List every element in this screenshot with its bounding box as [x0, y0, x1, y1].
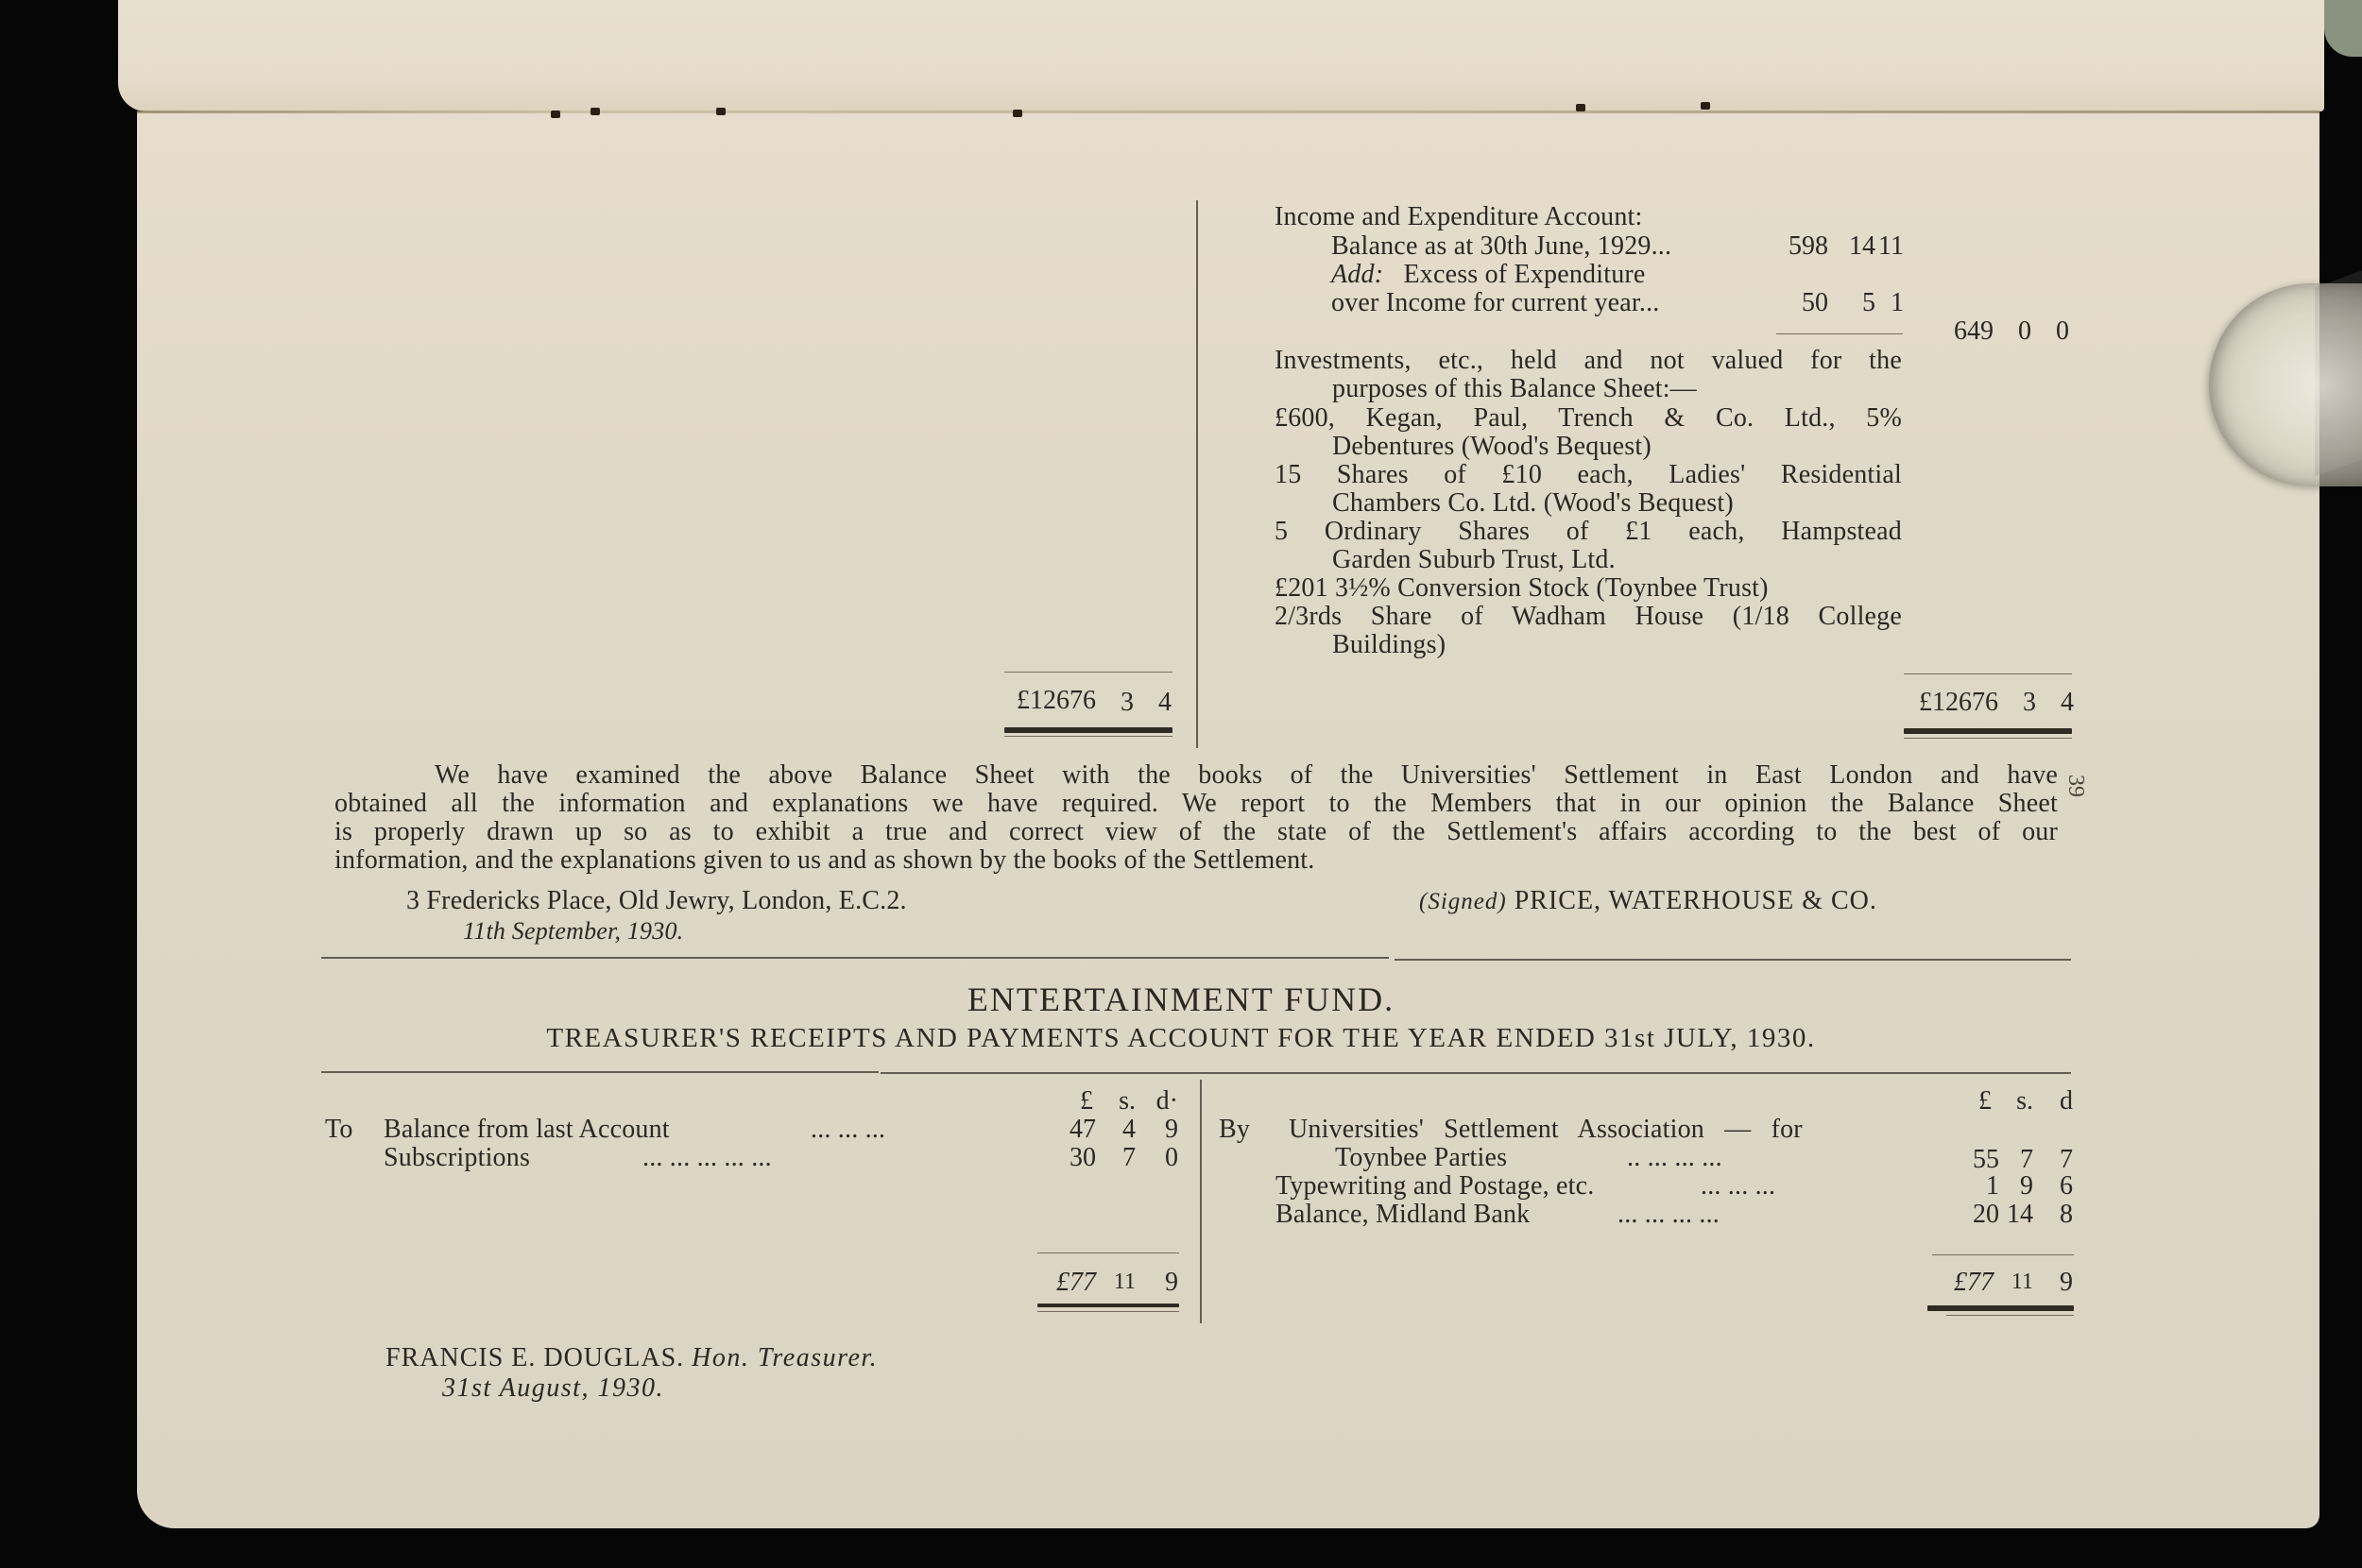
- dot-leaders: ... ... ... ...: [1617, 1200, 1720, 1229]
- shillings-header: s.: [2003, 1086, 2033, 1116]
- investment-item-cont: Garden Suburb Trust, Ltd.: [1332, 545, 1616, 574]
- treasurer-date: 31st August, 1930.: [442, 1373, 664, 1403]
- receipts-prefix: To: [325, 1115, 353, 1144]
- cover-corner: [2324, 0, 2362, 57]
- investment-item-cont: Chambers Co. Ltd. (Wood's Bequest): [1332, 488, 1734, 518]
- payment-pence: 7: [2043, 1145, 2073, 1174]
- payment-label: Balance, Midland Bank: [1275, 1200, 1530, 1229]
- receipts-total-pence: 9: [1148, 1268, 1178, 1297]
- excess-shillings: 5: [1828, 288, 1875, 317]
- receipt-label: Balance from last Account: [384, 1115, 670, 1144]
- shillings-header: s.: [1105, 1086, 1136, 1116]
- payment-pounds: 20: [1943, 1200, 1999, 1229]
- page-fold: [137, 111, 2319, 113]
- right-total-double-rule: [1904, 728, 2072, 734]
- treasurer-title: Hon. Treasurer.: [692, 1343, 878, 1372]
- binding-hole: [551, 111, 560, 118]
- subtotal-pounds: 649: [1927, 316, 1994, 346]
- receipt-label: Subscriptions: [384, 1143, 530, 1172]
- payment-shillings: 14: [2003, 1200, 2033, 1229]
- binding-hole: [716, 108, 726, 115]
- payments-total-shillings: 11: [2003, 1268, 2033, 1297]
- audit-date: 11th September, 1930.: [463, 916, 683, 946]
- balance-pence: 11: [1875, 231, 1904, 261]
- receipt-pence: 0: [1148, 1143, 1178, 1172]
- audit-line: information, and the explanations given …: [334, 846, 1314, 875]
- income-heading: Income and Expenditure Account:: [1275, 202, 1643, 231]
- dot-leaders: ... ... ...: [1701, 1171, 1775, 1201]
- right-total-rule-top: [1904, 673, 2072, 674]
- subtotal-rule: [1776, 333, 1903, 334]
- receipts-total-pounds: £77: [1030, 1268, 1096, 1297]
- pence-header: d·: [1148, 1086, 1178, 1116]
- receipt-shillings: 4: [1105, 1115, 1136, 1144]
- investment-item: 5 Ordinary Shares of £1 each, Hampstead: [1275, 517, 1902, 546]
- left-total-double-rule: [1004, 727, 1172, 733]
- payment-shillings: 7: [2003, 1145, 2033, 1174]
- payment-label-cont: Toynbee Parties: [1335, 1143, 1507, 1172]
- table-top-rule: [321, 1071, 879, 1073]
- auditor-address: 3 Fredericks Place, Old Jewry, London, E…: [406, 886, 907, 915]
- investments-heading-cont: purposes of this Balance Sheet:—: [1332, 374, 1697, 403]
- investment-item: 2/3rds Share of Wadham House (1/18 Colle…: [1275, 602, 1902, 631]
- investment-item-cont: Debentures (Wood's Bequest): [1332, 432, 1652, 461]
- signatory-name: PRICE, WATERHOUSE & CO.: [1515, 886, 1877, 915]
- previous-page-flap: [118, 0, 2324, 111]
- add-label: Add:: [1331, 260, 1383, 289]
- dot-leaders: ... ... ... ... ...: [642, 1143, 772, 1172]
- receipt-pounds: 47: [1039, 1115, 1096, 1144]
- fund-title: ENTERTAINMENT FUND.: [0, 980, 2362, 1019]
- payments-total-rule: [1932, 1254, 2074, 1255]
- pounds-header: £: [1063, 1086, 1093, 1116]
- dot-leaders: ... ... ...: [811, 1115, 885, 1144]
- receipt-pounds: 30: [1039, 1143, 1096, 1172]
- payments-total-double-rule: [1927, 1305, 2074, 1311]
- audit-line: We have examined the above Balance Sheet…: [435, 761, 2058, 790]
- investments-heading: Investments, etc., held and not valued f…: [1275, 346, 1902, 375]
- payment-pence: 8: [2043, 1200, 2073, 1229]
- add-line: Add: Excess of Expenditure: [1331, 260, 1646, 289]
- table-top-rule: [881, 1072, 2071, 1074]
- investment-item-cont: Buildings): [1332, 630, 1446, 659]
- payment-label: Typewriting and Postage, etc.: [1275, 1171, 1594, 1201]
- section-divider: [1395, 959, 2071, 961]
- page-number: 39: [2062, 775, 2088, 797]
- audit-line: is properly drawn up so as to exhibit a …: [334, 818, 2058, 846]
- receipts-total-double-rule: [1037, 1304, 1179, 1307]
- right-total-shillings: 3: [2003, 688, 2036, 717]
- subtotal-shillings: 0: [1994, 316, 2031, 346]
- binding-hole: [1013, 110, 1022, 117]
- fund-subtitle: TREASURER'S RECEIPTS AND PAYMENTS ACCOUN…: [0, 1023, 2362, 1054]
- fund-table-divider: [1200, 1080, 1202, 1323]
- balance-label: Balance as at 30th June, 1929...: [1331, 231, 1671, 261]
- payments-total-pence: 9: [2043, 1268, 2073, 1297]
- section-divider: [321, 957, 1389, 959]
- pounds-header: £: [1961, 1086, 1992, 1116]
- right-total-pounds: £12676: [1890, 688, 1998, 717]
- investment-item: £201 3½% Conversion Stock (Toynbee Trust…: [1275, 573, 1769, 603]
- dot-leaders: .. ... ... ...: [1627, 1143, 1722, 1172]
- balance-pounds: 598: [1762, 231, 1828, 261]
- signed-label: (Signed): [1419, 889, 1507, 914]
- add-text: Excess of Expenditure: [1403, 260, 1645, 289]
- balance-shillings: 14: [1828, 231, 1875, 261]
- payment-pounds: 1: [1943, 1171, 1999, 1201]
- right-total-double-rule: [1904, 738, 2072, 739]
- excess-pence: 1: [1875, 288, 1904, 317]
- receipt-pence: 9: [1148, 1115, 1178, 1144]
- auditor-signature: (Signed) PRICE, WATERHOUSE & CO.: [1419, 886, 1877, 916]
- receipts-total-shillings: 11: [1105, 1268, 1136, 1297]
- pence-header: d: [2043, 1086, 2073, 1116]
- binding-hole: [1701, 102, 1710, 110]
- investment-item: 15 Shares of £10 each, Ladies' Residenti…: [1275, 460, 1902, 489]
- left-total-rule-top: [1004, 672, 1172, 673]
- investment-item: £600, Kegan, Paul, Trench & Co. Ltd., 5%: [1275, 403, 1902, 433]
- right-total-pence: 4: [2041, 688, 2074, 717]
- payment-pence: 6: [2043, 1171, 2073, 1201]
- receipts-total-rule: [1037, 1253, 1179, 1253]
- excess-pounds: 50: [1762, 288, 1828, 317]
- left-total-pounds: £12676: [992, 686, 1096, 715]
- payments-total-pounds: £77: [1927, 1268, 1994, 1297]
- binding-hole: [1576, 104, 1585, 111]
- receipt-shillings: 7: [1105, 1143, 1136, 1172]
- balance-sheet-divider: [1196, 200, 1198, 748]
- subtotal-pence: 0: [2031, 316, 2069, 346]
- payment-label: Universities' Settlement Association — f…: [1289, 1115, 1803, 1144]
- payment-pounds: 55: [1943, 1145, 1999, 1174]
- receipts-total-double-rule: [1037, 1311, 1179, 1312]
- left-total-pence: 4: [1138, 688, 1172, 717]
- payments-prefix: By: [1219, 1115, 1250, 1144]
- payment-shillings: 9: [2003, 1171, 2033, 1201]
- payments-total-double-rule: [1946, 1315, 2074, 1316]
- left-total-shillings: 3: [1101, 688, 1134, 717]
- audit-line: obtained all the information and explana…: [334, 790, 2058, 818]
- treasurer-name: FRANCIS E. DOUGLAS.: [385, 1343, 684, 1372]
- treasurer-signature: FRANCIS E. DOUGLAS. Hon. Treasurer.: [385, 1343, 878, 1372]
- binding-hole: [590, 108, 600, 115]
- excess-label: over Income for current year...: [1331, 288, 1659, 317]
- left-total-double-rule: [1004, 736, 1172, 737]
